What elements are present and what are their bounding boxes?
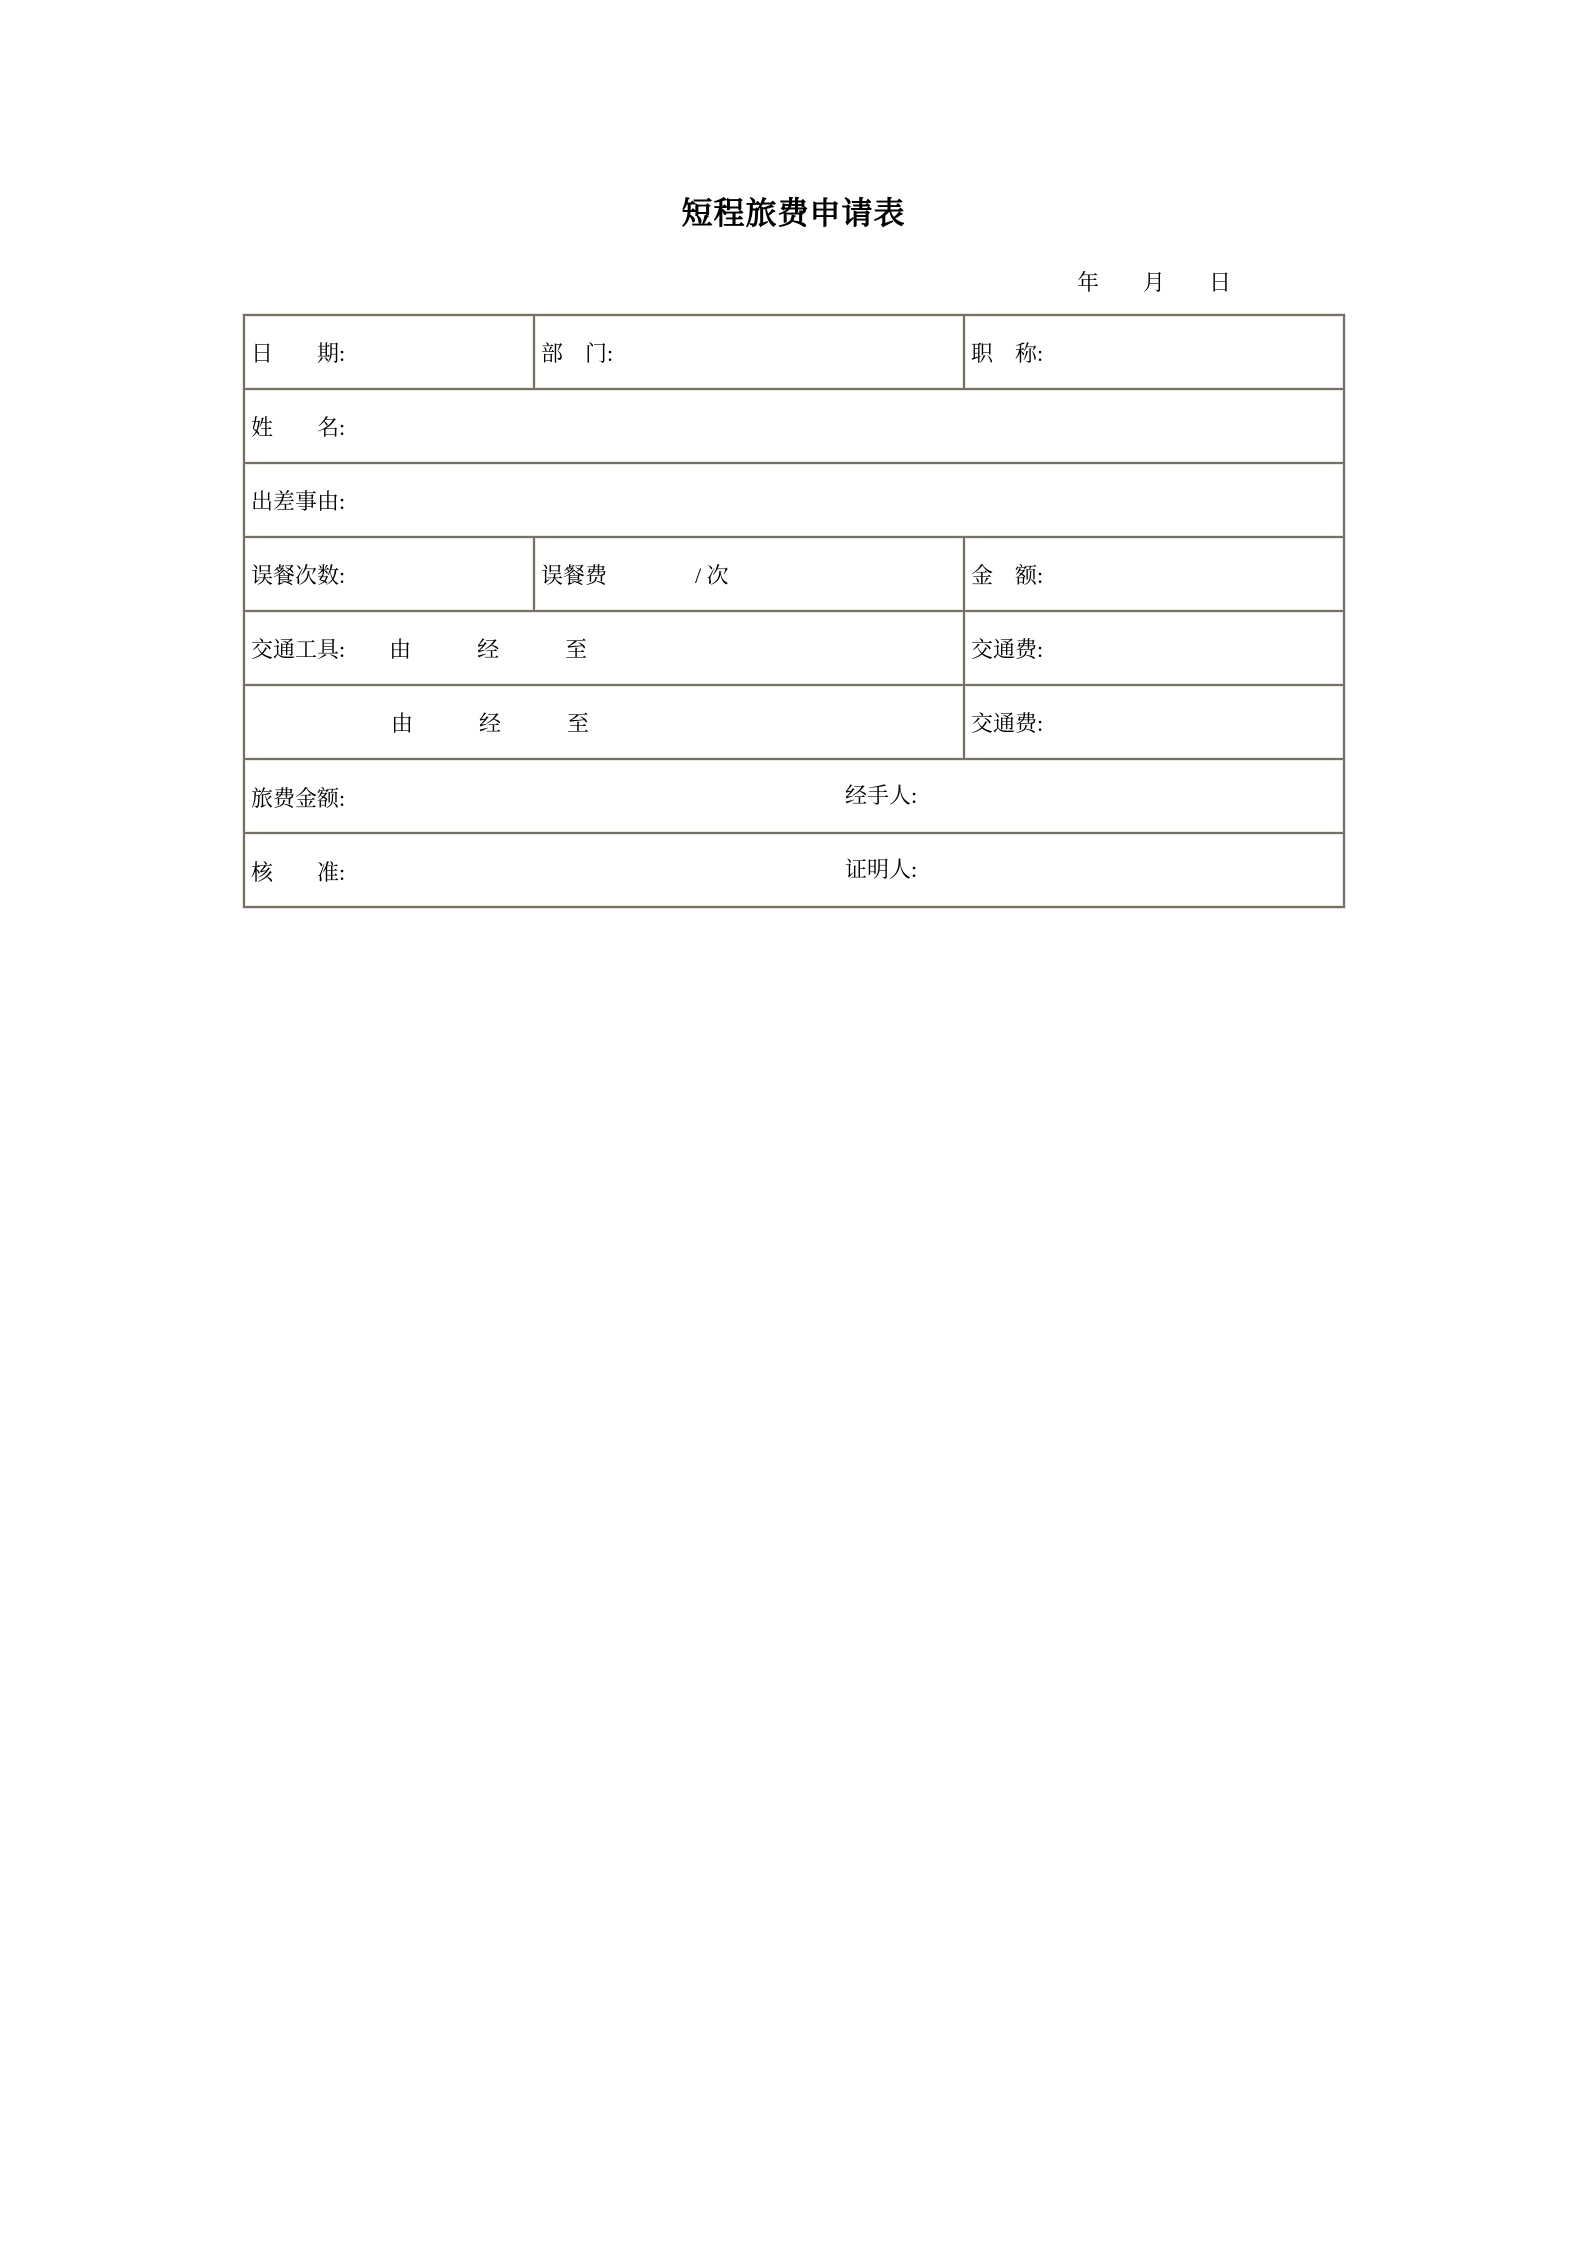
amount-label: 金 额: (971, 563, 1043, 588)
name-field[interactable]: 姓 名: (244, 389, 1344, 463)
transport-route-label: 交通工具: 由 经 至 (251, 637, 587, 662)
job-title-label: 职 称: (971, 341, 1043, 366)
meal-count-field[interactable]: 误餐次数: (244, 537, 534, 611)
meal-fee-label: 误餐费 / 次 (541, 563, 729, 588)
transport-fare-label-2: 交通费: (971, 711, 1043, 736)
table-row: 姓 名: (244, 389, 1344, 463)
transport-fare-label: 交通费: (971, 637, 1043, 662)
date-line: 年 月 日 (1077, 266, 1231, 297)
certifier-label: 证明人: (845, 857, 917, 882)
department-label: 部 门: (541, 341, 613, 366)
trip-reason-label: 出差事由: (251, 489, 345, 514)
total-amount-handler-field[interactable]: 旅费金额:经手人: (244, 759, 1344, 833)
table-row: 误餐次数: 误餐费 / 次 金 额: (244, 537, 1344, 611)
table-row: 由 经 至 交通费: (244, 685, 1344, 759)
approval-certifier-field[interactable]: 核 准:证明人: (244, 833, 1344, 907)
name-label: 姓 名: (251, 415, 345, 440)
handler-label: 经手人: (845, 783, 917, 808)
transport-route-field[interactable]: 交通工具: 由 经 至 (244, 611, 964, 685)
meal-count-label: 误餐次数: (251, 563, 345, 588)
page-title: 短程旅费申请表 (0, 188, 1587, 233)
travel-expense-form-table: 日 期: 部 门: 职 称: 姓 名: 出差事由: 误餐次数: 误 (243, 314, 1345, 908)
meal-fee-field[interactable]: 误餐费 / 次 (534, 537, 964, 611)
document-page: 短程旅费申请表 年 月 日 日 期: 部 门: 职 称: 姓 名: (0, 0, 1587, 2245)
approval-label: 核 准: (251, 856, 845, 887)
table-row: 旅费金额:经手人: (244, 759, 1344, 833)
department-field[interactable]: 部 门: (534, 315, 964, 389)
date-label: 日 期: (251, 341, 345, 366)
table-row: 出差事由: (244, 463, 1344, 537)
trip-reason-field[interactable]: 出差事由: (244, 463, 1344, 537)
date-field[interactable]: 日 期: (244, 315, 534, 389)
table-row: 交通工具: 由 经 至 交通费: (244, 611, 1344, 685)
transport-fare-field[interactable]: 交通费: (964, 611, 1344, 685)
table-row: 日 期: 部 门: 职 称: (244, 315, 1344, 389)
route-field-2[interactable]: 由 经 至 (244, 685, 964, 759)
amount-field[interactable]: 金 额: (964, 537, 1344, 611)
total-amount-label: 旅费金额: (251, 782, 845, 813)
transport-fare-field-2[interactable]: 交通费: (964, 685, 1344, 759)
job-title-field[interactable]: 职 称: (964, 315, 1344, 389)
route-label-2: 由 经 至 (251, 707, 589, 738)
table-row: 核 准:证明人: (244, 833, 1344, 907)
